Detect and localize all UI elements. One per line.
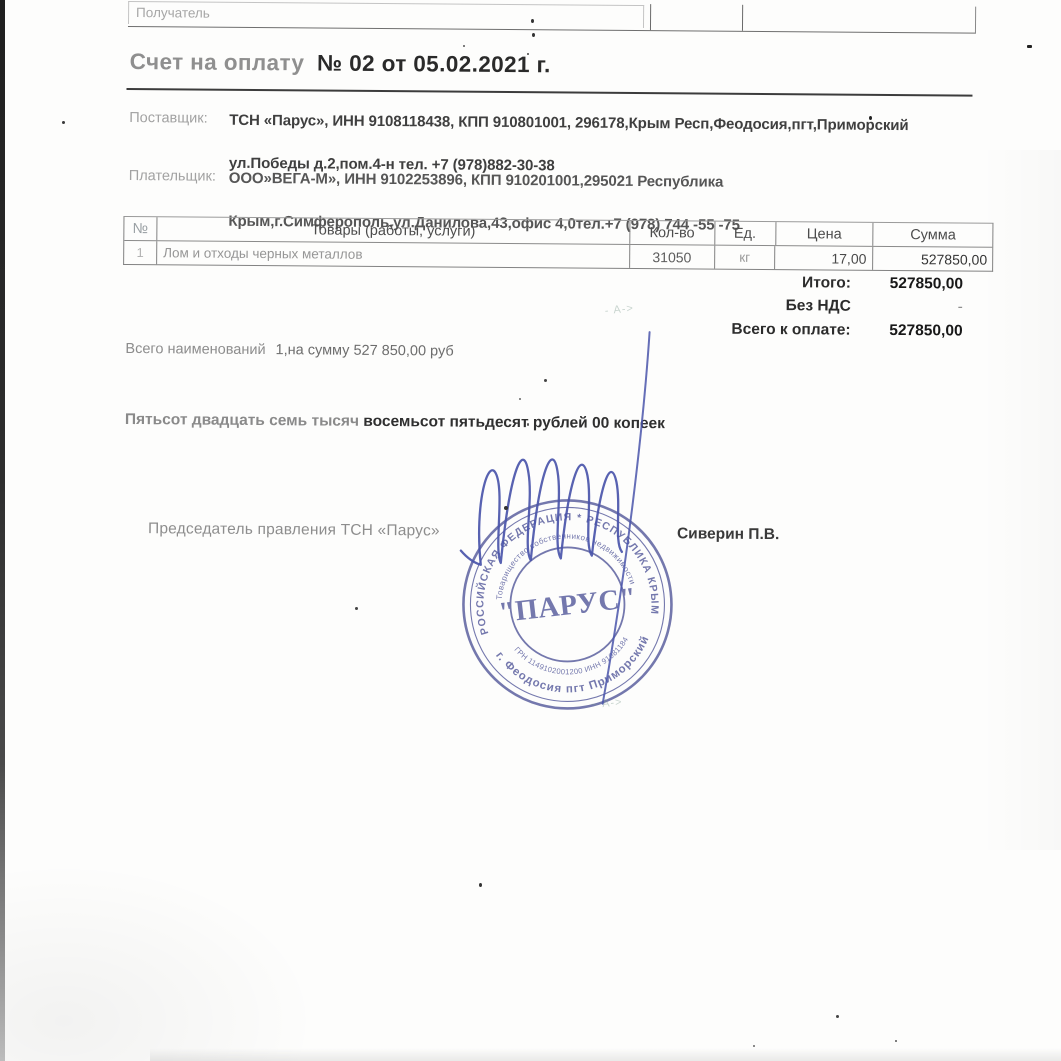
col-header-num: № xyxy=(124,217,157,240)
row-num: 1 xyxy=(124,241,157,264)
col-header-price: Цена xyxy=(776,222,874,246)
supplier-label: Поставщик: xyxy=(129,110,208,127)
dust-speck xyxy=(1027,45,1032,48)
due-value: 527850,00 xyxy=(851,321,963,340)
scan-haze xyxy=(0,860,320,1061)
handwritten-signature xyxy=(415,282,698,724)
row-price: 17,00 xyxy=(776,246,874,270)
scan-haze xyxy=(980,150,1061,850)
total-value: 527850,00 xyxy=(851,274,963,293)
dust-speck xyxy=(504,506,508,510)
payer-line1: ООО»ВЕГА-М», ИНН 9102253896, КПП 9102010… xyxy=(229,170,724,191)
items-count-line: Всего наименований1,на сумму 527 850,00 … xyxy=(125,341,453,360)
bank-details-table-fragment: Получатель xyxy=(128,0,976,34)
dust-speck xyxy=(532,33,535,37)
signatory-position: Председатель правления ТСН «Парус» xyxy=(148,520,440,540)
invoice-title-number: № 02 от 05.02.2021 г. xyxy=(317,50,551,77)
recipient-label: Получатель xyxy=(136,5,210,21)
scan-haze xyxy=(150,1048,1061,1061)
scanned-invoice-page: Получатель Счет на оплату № 02 от 05.02.… xyxy=(0,0,1061,1061)
dust-speck xyxy=(527,53,529,55)
invoice-title: Счет на оплату № 02 от 05.02.2021 г. xyxy=(130,49,551,78)
dust-speck xyxy=(62,121,65,124)
signature-long-stroke xyxy=(603,332,650,704)
invoice-title-label: Счет на оплату xyxy=(130,49,305,75)
dust-speck xyxy=(463,45,465,47)
payer-label: Плательщик: xyxy=(129,168,216,185)
amount-words-start: Пятьсот двадцать семь тысяч xyxy=(125,411,359,430)
supplier-line1: ТСН «Парус», ИНН 9108118438, КПП 9108010… xyxy=(229,112,908,134)
dust-speck xyxy=(544,379,547,382)
items-count-label: Всего наименований xyxy=(125,341,265,358)
vat-value: - xyxy=(851,298,963,317)
dust-speck xyxy=(355,607,358,610)
items-table: № Товары (работы, услуги) Кол-во Ед. Цен… xyxy=(123,216,993,272)
col-header-qty: Кол-во xyxy=(630,221,715,245)
dust-speck xyxy=(836,1015,839,1018)
table-divider xyxy=(650,4,651,30)
row-sum: 527850,00 xyxy=(873,247,992,271)
signature-loops xyxy=(461,459,623,566)
col-header-sum: Сумма xyxy=(874,223,993,247)
recipient-cell: Получатель xyxy=(128,1,644,28)
col-header-unit: Ед. xyxy=(715,222,776,245)
dust-speck xyxy=(527,423,529,426)
dust-speck xyxy=(479,883,482,887)
dust-speck xyxy=(895,1040,897,1042)
dust-speck xyxy=(753,1045,755,1047)
dust-speck xyxy=(869,116,872,120)
col-header-goods: Товары (работы, услуги) xyxy=(157,217,630,244)
title-rule xyxy=(126,88,972,97)
row-unit: кг xyxy=(715,246,776,269)
dust-speck xyxy=(531,19,534,23)
row-goods: Лом и отходы черных металлов xyxy=(157,241,630,268)
row-qty: 31050 xyxy=(630,245,715,269)
table-divider xyxy=(742,5,743,31)
dust-speck xyxy=(519,398,521,400)
